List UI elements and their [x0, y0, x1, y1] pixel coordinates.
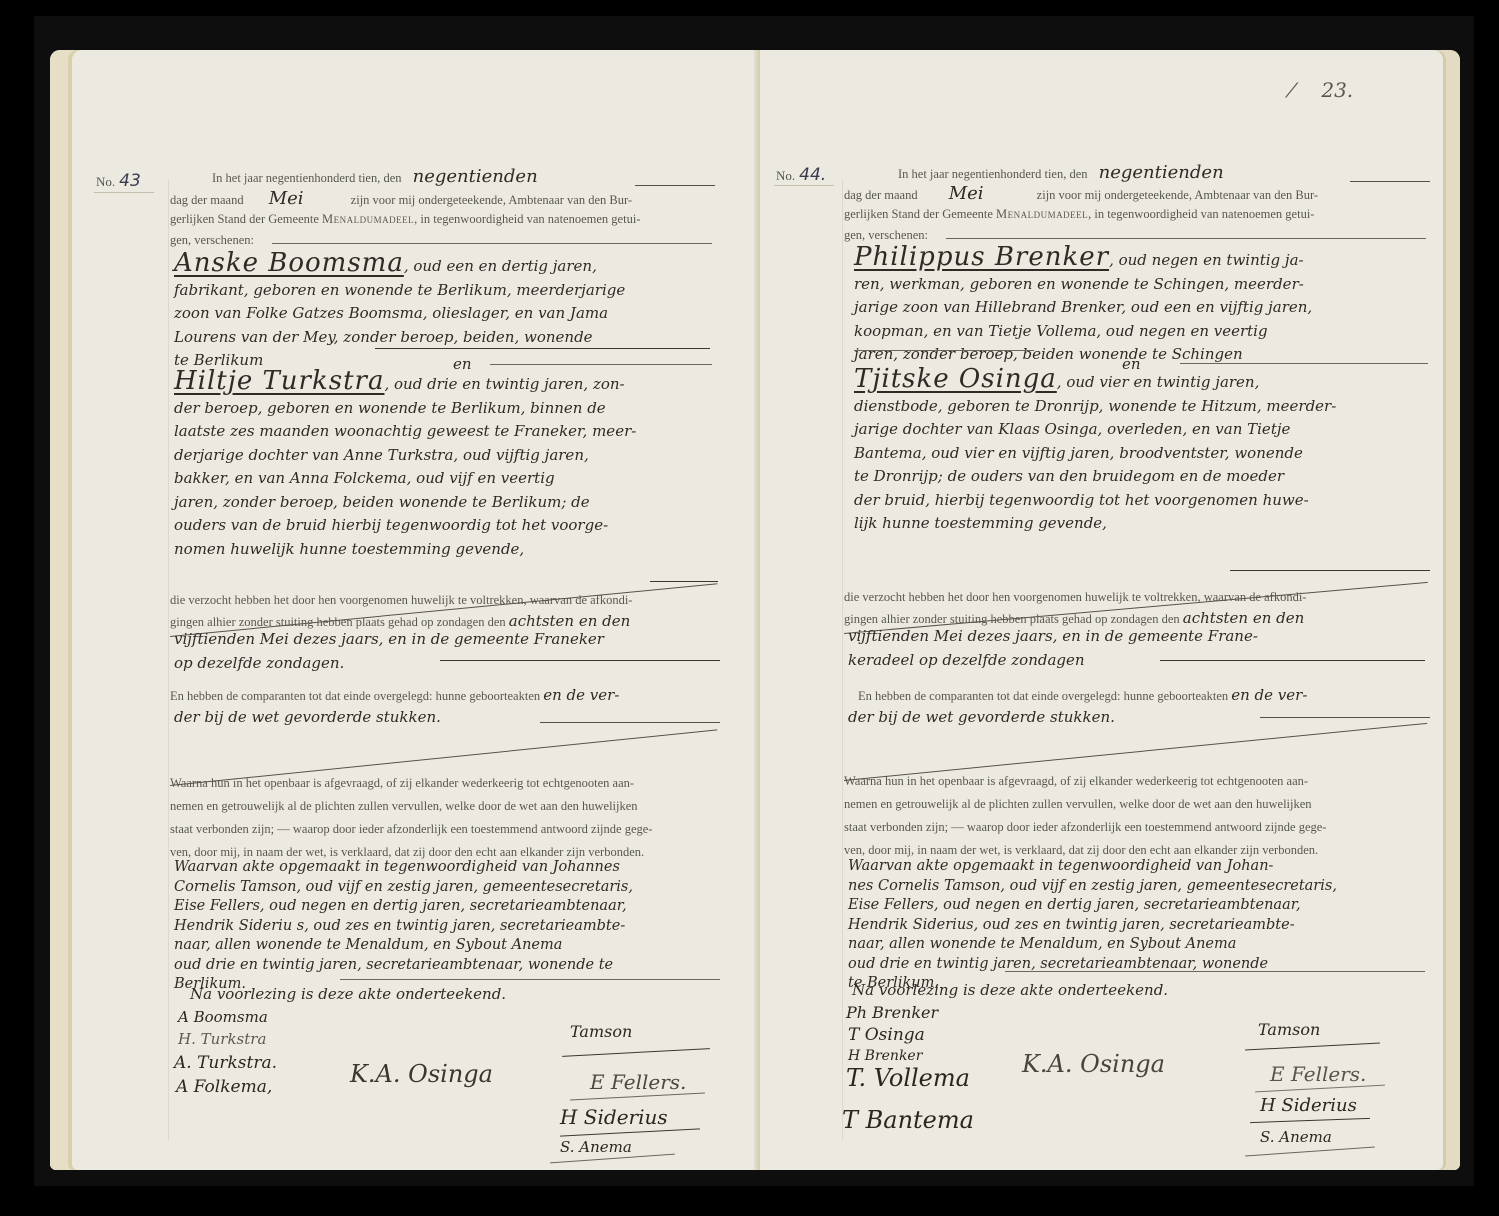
left-page: No.43 In het jaar negentienhonderd tien,…: [50, 50, 760, 1170]
signature: K.A. Osinga: [350, 1060, 493, 1088]
signature: T Osinga: [848, 1025, 925, 1045]
signature: T Bantema: [842, 1106, 974, 1134]
entry-number: No.44.: [776, 165, 826, 185]
entry-number-value: 43: [119, 171, 141, 191]
entry-number-rule: [94, 192, 154, 193]
signature: H Brenker: [848, 1048, 922, 1064]
entry-number-rule: [774, 185, 834, 186]
declaration: Waarna hun in het openbaar is afgevraagd…: [170, 772, 652, 864]
municipality: Menaldumadeel: [322, 212, 414, 226]
fill-rule: [1350, 181, 1430, 182]
groom-name: Philippus Brenker: [854, 242, 1109, 272]
intro-line-3: gerlijken Stand der Gemeente Menaldumade…: [844, 204, 1314, 225]
bride-block: Tjitske Osinga, oud vier en twintig jare…: [854, 368, 1336, 536]
signature: S. Anema: [560, 1138, 632, 1156]
fill-rule: [1180, 363, 1428, 364]
signature-rule: [560, 1128, 700, 1136]
fill-rule: [272, 243, 712, 244]
documents-hand: der bij de wet gevorderde stukken.: [848, 706, 1115, 730]
margin-line: [842, 180, 843, 1140]
bride-block: Hiltje Turkstra, oud drie en twintig jar…: [174, 370, 636, 561]
signature: S. Anema: [1260, 1128, 1332, 1146]
proclamation-line-1: die verzocht hebben het door hen voorgen…: [170, 590, 632, 611]
signature: E Fellers.: [590, 1070, 686, 1094]
witnesses-block: Waarvan akte opgemaakt in tegenwoordighe…: [174, 858, 633, 995]
fill-rule: [1230, 570, 1430, 571]
fill-rule: [1005, 971, 1425, 972]
bride-name: Hiltje Turkstra: [174, 366, 384, 396]
documents-line: En hebben de comparanten tot dat einde o…: [170, 685, 619, 707]
fill-rule: [635, 185, 715, 186]
fill-rule: [650, 581, 718, 582]
fill-rule: [440, 660, 720, 661]
proclamation-hand: vijftienden Mei dezes jaars, en in de ge…: [174, 628, 604, 675]
fill-rule: [1160, 660, 1425, 661]
right-page: ⁄23. No.44. In het jaar negentienhonderd…: [760, 50, 1460, 1170]
fill-rule: [1260, 717, 1430, 718]
signature: H. Turkstra: [178, 1030, 266, 1048]
fill-rule: [490, 364, 712, 365]
day-handwritten: negentienden: [413, 166, 538, 187]
proclamation-hand: vijftienden Mei dezes jaars, en in de ge…: [848, 625, 1258, 672]
fill-rule: [946, 238, 1426, 239]
intro-line-2: dag der maand Mei zijn voor mij onderget…: [844, 183, 1318, 206]
signature-rule: [1245, 1042, 1380, 1050]
entry-number-label: No.: [776, 168, 795, 183]
bride-name: Tjitske Osinga: [854, 364, 1057, 394]
groom-block: Anske Boomsma, oud een en dertig jaren, …: [174, 252, 625, 373]
entry-number-label: No.: [96, 174, 115, 189]
groom-name: Anske Boomsma: [174, 248, 404, 278]
fill-rule: [854, 350, 1034, 351]
open-register-book: No.43 In het jaar negentienhonderd tien,…: [50, 50, 1460, 1170]
documents-line: En hebben de comparanten tot dat einde o…: [858, 685, 1307, 707]
documents-hand: der bij de wet gevorderde stukken.: [174, 706, 441, 730]
declaration: Waarna hun in het openbaar is afgevraagd…: [844, 770, 1326, 862]
page-number: ⁄23.: [1290, 78, 1353, 102]
intro-line-1: In het jaar negentienhonderd tien, den n…: [212, 166, 538, 189]
closing-line: Na voorlezing is deze akte onderteekend.: [190, 983, 506, 1007]
intro-line-1: In het jaar negentienhonderd tien, den n…: [898, 162, 1224, 185]
month-handwritten: Mei: [269, 188, 304, 209]
signature: A Boomsma: [178, 1008, 268, 1026]
signature: Ph Brenker: [846, 1003, 938, 1022]
closing-line: Na voorlezing is deze akte onderteekend.: [852, 979, 1168, 1003]
signature-rule: [1250, 1118, 1370, 1123]
signature: T. Vollema: [846, 1064, 970, 1092]
signature: E Fellers.: [1270, 1062, 1366, 1086]
fill-rule: [340, 979, 720, 980]
day-handwritten: negentienden: [1099, 162, 1224, 183]
signature: Tamson: [1258, 1020, 1320, 1039]
signature-rule: [562, 1048, 710, 1057]
signature: A Folkema,: [176, 1077, 272, 1097]
margin-line: [168, 180, 169, 1140]
signature: H Siderius: [1260, 1095, 1357, 1116]
proclamation-line-1: die verzocht hebben het door hen voorgen…: [844, 587, 1306, 608]
signature: H Siderius: [560, 1105, 668, 1129]
fill-rule: [375, 348, 710, 349]
signature: K.A. Osinga: [1022, 1050, 1165, 1078]
intro-line-3: gerlijken Stand der Gemeente Menaldumade…: [170, 209, 640, 230]
month-handwritten: Mei: [949, 183, 984, 204]
signature-rule: [1245, 1146, 1375, 1156]
intro-line-2: dag der maand Mei zijn voor mij onderget…: [170, 188, 632, 211]
witnesses-block: Waarvan akte opgemaakt in tegenwoordighe…: [848, 857, 1337, 994]
signature: A. Turkstra.: [174, 1053, 277, 1073]
groom-block: Philippus Brenker, oud negen en twintig …: [854, 246, 1312, 367]
entry-number-value: 44.: [799, 165, 826, 185]
signature: Tamson: [570, 1022, 632, 1041]
municipality: Menaldumadeel: [996, 207, 1088, 221]
entry-number: No.43: [96, 171, 141, 191]
fill-rule: [540, 722, 720, 723]
